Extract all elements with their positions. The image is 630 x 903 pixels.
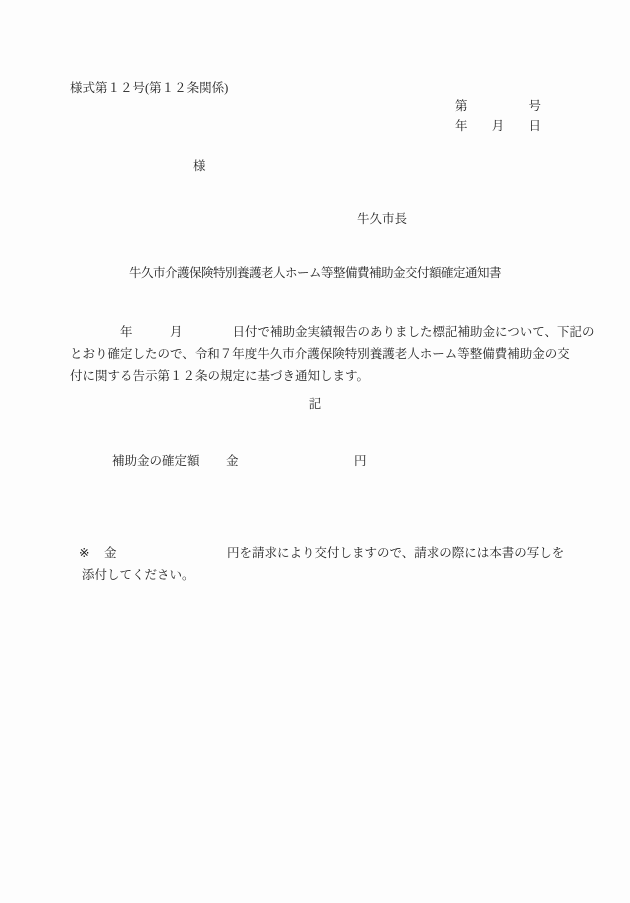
amount-label: 補助金の確定額 — [112, 455, 200, 469]
body-paragraph: 年 月 日付で補助金実績報告のありました標記補助金について、下記の とおり確定し… — [70, 321, 570, 387]
body-line-2: とおり確定したので、令和７年度牛久市介護保険特別養護老人ホーム等整備費補助金の交 — [70, 343, 570, 365]
document-page: 様式第１２号(第１２条関係) 第 号 年 月 日 様 牛久市長 牛久市介護保険特… — [0, 0, 630, 903]
amount-currency-suffix: 円 — [354, 455, 367, 469]
doc-number-prefix: 第 — [455, 100, 468, 114]
doc-number-row: 第 号 — [455, 100, 541, 114]
note-currency-prefix: 金 — [104, 547, 117, 561]
date-day-label: 日 — [528, 120, 541, 134]
amount-currency-prefix: 金 — [226, 455, 239, 469]
form-number: 様式第１２号(第１２条関係) — [70, 82, 228, 96]
date-row: 年 月 日 — [455, 120, 541, 134]
recipient-honorific: 様 — [193, 160, 206, 174]
body-line-3: 付に関する告示第１２条の規定に基づき通知します。 — [70, 365, 570, 387]
sender-name: 牛久市長 — [357, 213, 407, 227]
date-month-label: 月 — [492, 120, 505, 134]
date-year-label: 年 — [455, 120, 468, 134]
note-line2-text: 添付してください。 — [82, 569, 195, 583]
note-marker: ※ — [79, 547, 89, 561]
record-marker: 記 — [0, 398, 630, 412]
document-title: 牛久市介護保険特別養護老人ホーム等整備費補助金交付額確定通知書 — [0, 267, 630, 281]
body-line-1: 年 月 日付で補助金実績報告のありました標記補助金について、下記の — [70, 321, 570, 343]
doc-number-suffix: 号 — [528, 100, 541, 114]
note-line1-text: 円を請求により交付しますので、請求の際には本書の写しを — [227, 547, 564, 561]
